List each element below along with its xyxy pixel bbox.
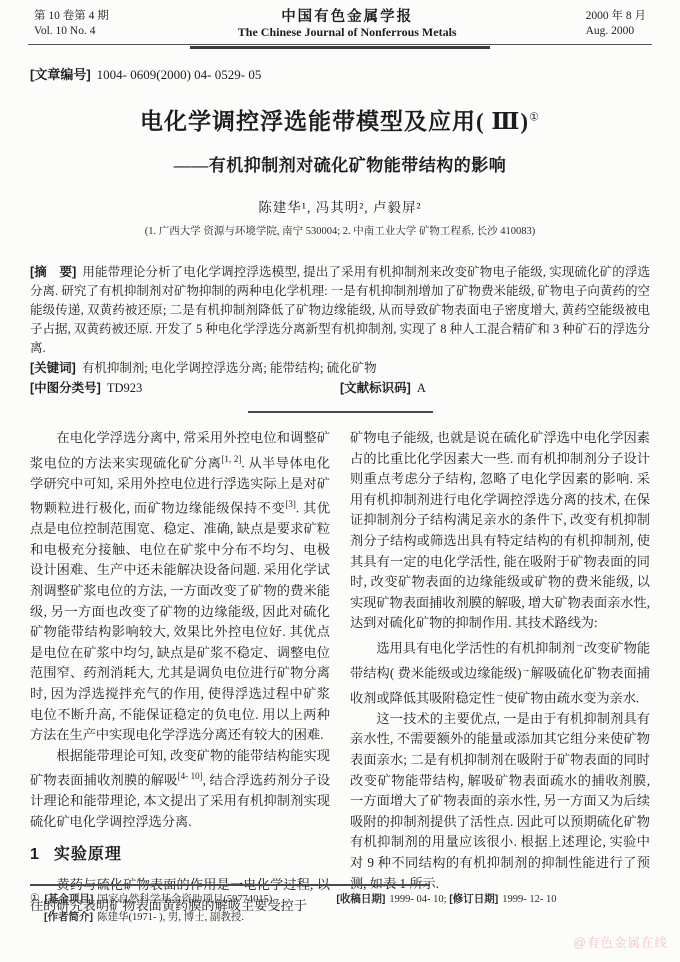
journal-page: 第 10 卷第 4 期 Vol. 10 No. 4 中国有色金属学报 The C… [0,0,680,962]
fund-field: [基金项目]国家自然科学基金资助项目(59774015) [44,891,336,909]
abstract-text: 用能带理论分析了电化学调控浮选模型, 提出了采用有机抑制剂来改变矿物电子能级, … [30,265,650,355]
keywords-line: [关键词]有机抑制剂; 电化学调控浮选分离; 能带结构; 硫化矿物 [30,359,650,378]
bio-text: 陈建华(1971- ), 男, 博士, 副教授. [97,912,244,923]
fund-text: 国家自然科学基金资助项目(59774015) [97,894,272,905]
title-text: 电化学调控浮选能带模型及应用( Ⅲ) [140,109,529,134]
journal-header: 第 10 卷第 4 期 Vol. 10 No. 4 中国有色金属学报 The C… [0,0,680,43]
journal-name-cn: 中国有色金属学报 [109,9,586,25]
doc-code-value: A [417,381,426,395]
date-cn: 2000 年 8 月 [586,9,646,24]
received-value: 1999- 04- 10; [389,894,446,905]
footnote-mark: ① [30,891,39,909]
abstract: [摘 要]用能带理论分析了电化学调控浮选模型, 提出了采用有机抑制剂来改变矿物电… [30,263,650,358]
bio-label: [作者简介] [44,911,93,923]
reference-superscript: → [522,664,531,674]
footnote-line-1: ① [基金项目]国家自然科学基金资助项目(59774015) [收稿日期]199… [30,891,650,909]
doc-code-label: [文献标识码] [340,381,411,395]
left-column: 在电化学浮选分离中, 常采用外控电位和调整矿浆电位的方法来实现硫化矿分离[1, … [30,428,330,920]
page-title: 电化学调控浮选能带模型及应用( Ⅲ)① [0,103,680,136]
footnote-rule [30,884,430,886]
reference-superscript: → [575,639,584,649]
date-en: Aug. 2000 [586,24,646,39]
article-number-label: [文章编号] [30,67,91,82]
revised-label: [修订日期] [449,893,498,905]
article-number-line: [文章编号]1004- 0609(2000) 04- 0529- 05 [30,64,650,83]
reference-superscript: → [495,689,504,699]
keywords-label: [关键词] [30,361,76,375]
header-accent-rule [190,46,490,49]
page-subtitle: ——有机抑制剂对硫化矿物能带结构的影响 [0,151,680,176]
clc-field: [中图分类号]TD923 [30,379,340,398]
paragraph: 在电化学浮选分离中, 常采用外控电位和调整矿浆电位的方法来实现硫化矿分离[1, … [30,428,330,746]
issue-en: Vol. 10 No. 4 [34,24,109,39]
affiliation: (1. 广西大学 资源与环境学院, 南宁 530004; 2. 中南工业大学 矿… [0,223,680,238]
header-rule [28,44,652,45]
section-heading: 1实验原理 [30,845,330,866]
section-number: 1 [30,846,40,863]
section-divider-rule [248,411,433,413]
footnote-block: ① [基金项目]国家自然科学基金资助项目(59774015) [收稿日期]199… [30,884,650,926]
section-title: 实验原理 [54,846,122,863]
paragraph: 根据能带理论可知, 改变矿物的能带结构能实现矿物表面捕收剂膜的解吸[4- 10]… [30,746,330,833]
journal-name-en: The Chinese Journal of Nonferrous Metals [109,25,586,40]
reference-superscript: [1, 2] [221,454,241,464]
paragraph: 矿物电子能级, 也就是说在硫化矿浮选中电化学因素占的比重比化学因素大一些. 而有… [350,428,650,634]
reference-superscript: [4- 10] [178,771,203,781]
author-list: 陈建华¹, 冯其明², 卢毅屏² [0,196,680,216]
keywords-text: 有机抑制剂; 电化学调控浮选分离; 能带结构; 硫化矿物 [82,361,377,375]
watermark: @有色金属在线 [573,933,668,951]
received-label: [收稿日期] [336,893,385,905]
article-number-value: 1004- 0609(2000) 04- 0529- 05 [97,67,262,82]
fund-label: [基金项目] [44,893,93,905]
reference-superscript: [3] [285,499,296,509]
footnote-line-2: [作者简介]陈建华(1971- ), 男, 博士, 副教授. [44,909,650,927]
clc-label: [中图分类号] [30,381,101,395]
title-footnote-mark: ① [529,111,540,123]
journal-name: 中国有色金属学报 The Chinese Journal of Nonferro… [109,9,586,40]
doc-code-field: [文献标识码]A [340,379,426,398]
dates-field: [收稿日期]1999- 04- 10; [修订日期]1999- 12- 10 [336,891,556,909]
revised-value: 1999- 12- 10 [502,894,556,905]
paragraph: 这一技术的主要优点, 一是由于有机抑制剂具有亲水性, 不需要额外的能量或添加其它… [350,709,650,894]
body-columns: 在电化学浮选分离中, 常采用外控电位和调整矿浆电位的方法来实现硫化矿分离[1, … [30,428,650,920]
abstract-label: [摘 要] [30,265,76,279]
right-column: 矿物电子能级, 也就是说在硫化矿浮选中电化学因素占的比重比化学因素大一些. 而有… [350,428,650,920]
classification-line: [中图分类号]TD923 [文献标识码]A [30,379,650,398]
issue-cn: 第 10 卷第 4 期 [34,9,109,24]
date-info: 2000 年 8 月 Aug. 2000 [586,9,646,39]
paragraph: 选用具有电化学活性的有机抑制剂→改变矿物能带结构( 费米能级或边缘能级)→解吸硫… [350,634,650,709]
issue-info: 第 10 卷第 4 期 Vol. 10 No. 4 [34,9,109,39]
clc-value: TD923 [107,381,142,395]
